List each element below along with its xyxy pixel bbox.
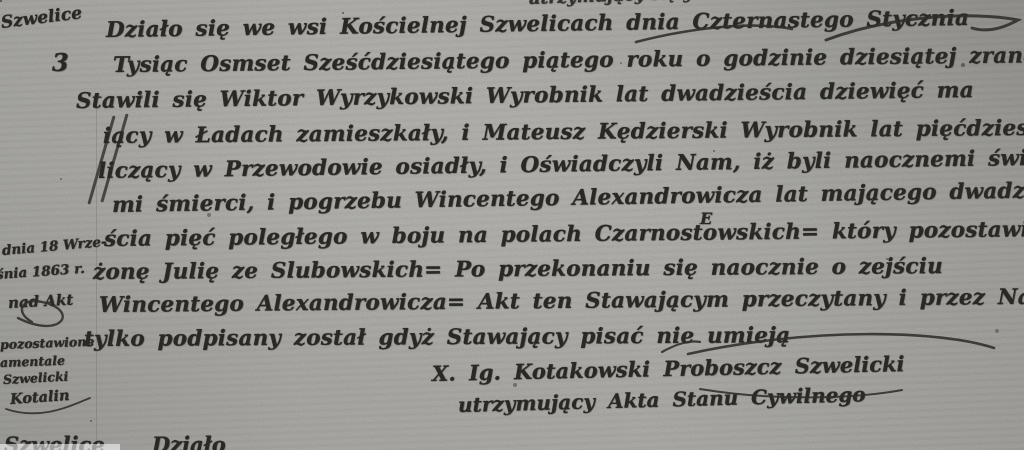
margin-note-line4: pozostawione xyxy=(0,334,95,352)
margin-note-date-line2: śnia 1863 r. xyxy=(0,261,85,283)
record-text-line: Stawili się Wiktor Wyrzykowski Wyrobnik … xyxy=(76,78,974,114)
record-text-line: tylko podpisany został gdyż Stawający pi… xyxy=(84,323,790,352)
record-text-line: Wincentego Alexandrowicza= Akt ten Stawa… xyxy=(99,285,1024,318)
margin-place-name: Szwelice xyxy=(0,3,83,33)
previous-record-fragment: utrzymujący się y … xyxy=(528,0,717,9)
record-text-line: ścia pięć poległego w boju na polach Cza… xyxy=(104,217,1024,252)
ink-specks xyxy=(0,0,2,2)
margin-note-line3: nad Akt xyxy=(8,291,74,312)
document-scan: utrzymujący się y … Szwelice 3 dnia 18 W… xyxy=(0,0,1024,450)
record-text-line: Tysiąc Osmset Sześćdziesiątego piątego r… xyxy=(113,43,1024,78)
margin-note-line5: amentale xyxy=(0,353,65,370)
margin-record-number: 3 xyxy=(52,48,69,77)
margin-note-line6: Szwelicki xyxy=(3,369,69,387)
margin-note-signature: Kotalin xyxy=(9,387,70,408)
priest-signature-line1: X. Ig. Kotakowski Proboszcz Szwelicki xyxy=(432,351,905,386)
margin-note-date-line1: dnia 18 Wrze- xyxy=(1,234,107,259)
record-text-line: Działo się we wsi Kościelnej Szwelicach … xyxy=(106,6,969,43)
record-text-line: liczący w Przewodowie osiadły, i Oświadc… xyxy=(98,145,1024,184)
record-text-line: iący w Ładach zamieszkały, i Mateusz Kęd… xyxy=(103,116,1024,149)
insertion-correction-mark: E xyxy=(700,209,712,228)
priest-signature-line2: utrzymujący Akta Stanu Cywilnego xyxy=(458,382,866,417)
record-text-line: żonę Julię ze Slubowskich= Po przekonani… xyxy=(93,254,943,285)
next-record-fragment: Szwelice Działo xyxy=(4,432,226,450)
record-text-line: mi śmierci, i pogrzebu Wincentego Alexan… xyxy=(112,178,1024,218)
